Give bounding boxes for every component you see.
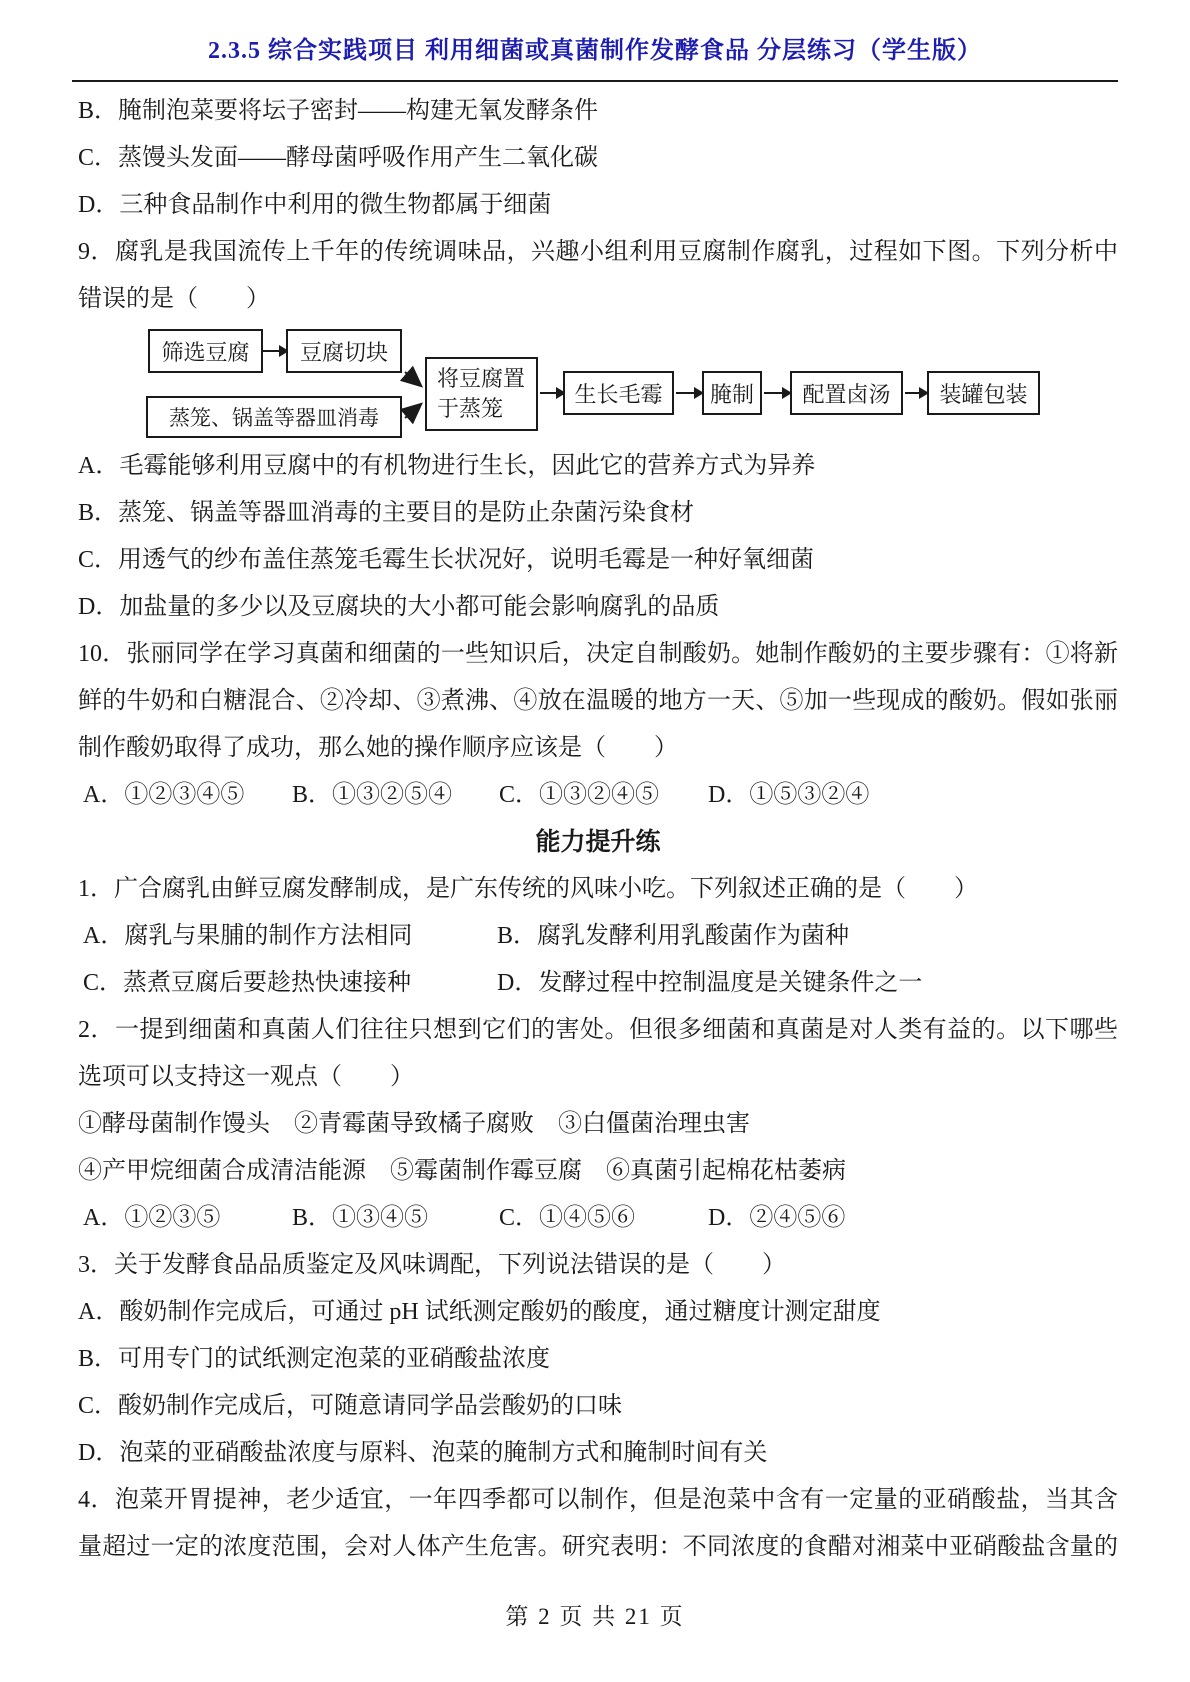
s2-question-2-stem-line2: 选项可以支持这一观点（ ）	[78, 1054, 1118, 1101]
question-9-option-d: D．加盐量的多少以及豆腐块的大小都可能会影响腐乳的品质	[78, 584, 1118, 631]
question-10-stem-line1: 10．张丽同学在学习真菌和细菌的一些知识后，决定自制酸奶。她制作酸奶的主要步骤有…	[78, 631, 1118, 678]
question-9-option-c: C．用透气的纱布盖住蒸笼毛霉生长状况好，说明毛霉是一种好氧细菌	[78, 537, 1118, 584]
page-title: 2.3.5 综合实践项目 利用细菌或真菌制作发酵食品 分层练习（学生版）	[0, 30, 1190, 65]
question-10-option-a: A．①②③④⑤	[83, 772, 244, 819]
question-10-stem-line3: 制作酸奶取得了成功，那么她的操作顺序应该是（ ）	[78, 725, 1118, 772]
s2-question-1-option-a: A．腐乳与果脯的制作方法相同	[83, 913, 412, 960]
question-9-option-b: B．蒸笼、锅盖等器皿消毒的主要目的是防止杂菌污染食材	[78, 490, 1118, 537]
s2-question-3-option-a: A．酸奶制作完成后，可通过 pH 试纸测定酸奶的酸度，通过糖度计测定甜度	[78, 1289, 1118, 1336]
s2-question-1-stem: 1．广合腐乳由鲜豆腐发酵制成，是广东传统的风味小吃。下列叙述正确的是（ ）	[78, 866, 1118, 913]
s2-question-2-options-row: A．①②③⑤ B．①③④⑤ C．①④⑤⑥ D．②④⑤⑥	[78, 1195, 1118, 1242]
s2-question-1-option-d: D．发酵过程中控制温度是关键条件之一	[497, 960, 922, 1007]
flow-box-disinfect-utensils: 蒸笼、锅盖等器皿消毒	[146, 396, 402, 438]
document-body: B．腌制泡菜要将坛子密封——构建无氧发酵条件 C．蒸馒头发面——酵母菌呼吸作用产…	[78, 88, 1118, 1571]
s2-question-1-option-c: C．蒸煮豆腐后要趁热快速接种	[83, 960, 411, 1007]
s2-question-2-option-b: B．①③④⑤	[292, 1195, 428, 1242]
s2-question-2-option-c: C．①④⑤⑥	[499, 1195, 635, 1242]
question-9-stem-line1: 9．腐乳是我国流传上千年的传统调味品，兴趣小组利用豆腐制作腐乳，过程如下图。下列…	[78, 229, 1118, 276]
s2-question-2-items-line1: ①酵母菌制作馒头 ②青霉菌导致橘子腐败 ③白僵菌治理虫害	[78, 1101, 1118, 1148]
question-10-option-d: D．①⑤③②④	[708, 772, 869, 819]
s2-question-1-option-b: B．腐乳发酵利用乳酸菌作为菌种	[497, 913, 849, 960]
question-9-stem-line2: 错误的是（ ）	[78, 276, 1118, 323]
s2-question-2-option-d: D．②④⑤⑥	[708, 1195, 845, 1242]
flow-box-place-in-steamer: 将豆腐置 于蒸笼	[425, 357, 538, 431]
s2-question-3-option-d: D．泡菜的亚硝酸盐浓度与原料、泡菜的腌制方式和腌制时间有关	[78, 1430, 1118, 1477]
flow-box-pickle: 腌制	[702, 371, 762, 415]
page-number: 第 2 页 共 21 页	[0, 1598, 1190, 1631]
flow-box-prepare-brine: 配置卤汤	[790, 371, 903, 415]
flow-arrow-icon	[905, 392, 921, 394]
s2-question-3-stem: 3．关于发酵食品品质鉴定及风味调配，下列说法错误的是（ ）	[78, 1242, 1118, 1289]
header-divider	[72, 80, 1118, 82]
prev-question-option-b: B．腌制泡菜要将坛子密封——构建无氧发酵条件	[78, 88, 1118, 135]
prev-question-option-c: C．蒸馒头发面——酵母菌呼吸作用产生二氧化碳	[78, 135, 1118, 182]
question-10-options-row: A．①②③④⑤ B．①③②⑤④ C．①③②④⑤ D．①⑤③②④	[78, 772, 1118, 819]
question-9-option-a: A．毛霉能够利用豆腐中的有机物进行生长，因此它的营养方式为异养	[78, 443, 1118, 490]
diagonal-arrow-top-icon	[405, 372, 420, 385]
s2-question-4-stem-line2: 量超过一定的浓度范围，会对人体产生危害。研究表明：不同浓度的食醋对湘菜中亚硝酸盐…	[78, 1524, 1118, 1571]
s2-question-2-option-a: A．①②③⑤	[83, 1195, 220, 1242]
question-10-option-c: C．①③②④⑤	[499, 772, 659, 819]
flow-arrow-icon	[540, 392, 558, 394]
question-10-option-b: B．①③②⑤④	[292, 772, 452, 819]
flow-arrow-icon	[676, 392, 696, 394]
s2-question-1-options-row2: C．蒸煮豆腐后要趁热快速接种 D．发酵过程中控制温度是关键条件之一	[78, 960, 1118, 1007]
flow-box-cut-tofu: 豆腐切块	[286, 329, 402, 373]
s2-question-2-stem-line1: 2．一提到细菌和真菌人们往往只想到它们的害处。但很多细菌和真菌是对人类有益的。以…	[78, 1007, 1118, 1054]
flow-arrow-icon	[263, 350, 281, 352]
worksheet-page: 2.3.5 综合实践项目 利用细菌或真菌制作发酵食品 分层练习（学生版） B．腌…	[0, 0, 1190, 1682]
flow-box-grow-mucor: 生长毛霉	[563, 371, 674, 415]
diagonal-arrow-bottom-icon	[405, 405, 420, 418]
flow-box-can-and-pack: 装罐包装	[927, 371, 1040, 415]
fermented-tofu-flowchart: 筛选豆腐 豆腐切块 将豆腐置 于蒸笼 蒸笼、锅盖等器皿消毒 生长毛霉 腌制 配置…	[78, 323, 1118, 443]
s2-question-4-stem-line1: 4．泡菜开胃提神，老少适宜，一年四季都可以制作，但是泡菜中含有一定量的亚硝酸盐，…	[78, 1477, 1118, 1524]
s2-question-2-items-line2: ④产甲烷细菌合成清洁能源 ⑤霉菌制作霉豆腐 ⑥真菌引起棉花枯萎病	[78, 1148, 1118, 1195]
prev-question-option-d: D．三种食品制作中利用的微生物都属于细菌	[78, 182, 1118, 229]
s2-question-1-options-row1: A．腐乳与果脯的制作方法相同 B．腐乳发酵利用乳酸菌作为菌种	[78, 913, 1118, 960]
s2-question-3-option-c: C．酸奶制作完成后，可随意请同学品尝酸奶的口味	[78, 1383, 1118, 1430]
s2-question-3-option-b: B．可用专门的试纸测定泡菜的亚硝酸盐浓度	[78, 1336, 1118, 1383]
flow-arrow-icon	[764, 392, 784, 394]
question-10-stem-line2: 鲜的牛奶和白糖混合、②冷却、③煮沸、④放在温暖的地方一天、⑤加一些现成的酸奶。假…	[78, 678, 1118, 725]
flow-box-sift-tofu: 筛选豆腐	[148, 329, 263, 373]
section-heading-ability-practice: 能力提升练	[78, 819, 1118, 866]
flow-box-place-line1: 将豆腐置	[437, 364, 525, 394]
flow-box-place-line2: 于蒸笼	[437, 394, 503, 424]
